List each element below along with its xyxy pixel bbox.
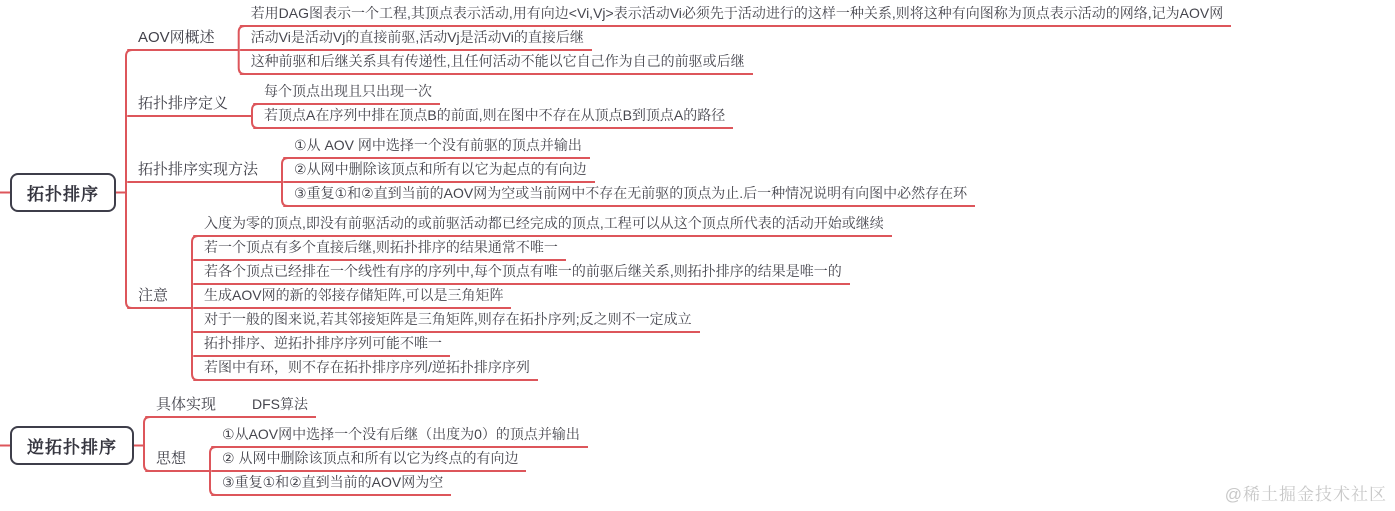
mindmap-leaf-node[interactable]: ③重复①和②直到当前的AOV网为空或当前网中不存在无前驱的顶点为止.后一种情况说… [292,184,975,207]
mindmap-node: ② 从网中删除该顶点和所有以它为终点的有向边 [220,449,588,472]
mindmap-branch-node[interactable]: 思想 [154,449,192,472]
mindmap-node: 注意入度为零的顶点,即没有前驱活动的或前驱活动都已经完成的顶点,工程可以从这个顶… [136,214,1231,381]
mindmap-branch-node[interactable]: AOV网概述 [136,28,221,51]
mindmap-leaf-node[interactable]: 若顶点A在序列中排在顶点B的前面,则在图中不存在从顶点B到顶点A的路径 [262,106,733,129]
mindmap-branch-node[interactable]: 具体实现 [154,395,222,418]
mindmap-node: 活动Vi是活动Vj的直接前驱,活动Vj是活动Vi的直接后继 [249,28,1232,51]
mindmap-leaf-node[interactable]: 若一个顶点有多个直接后继,则拓扑排序的结果通常不唯一 [202,238,566,261]
mindmap-leaf-node[interactable]: 若各个顶点已经排在一个线性有序的序列中,每个顶点有唯一的前驱后继关系,则拓扑排序… [202,262,850,285]
mindmap-children-group: DFS算法 [250,395,316,418]
mindmap-node: 思想①从AOV网中选择一个没有后继（出度为0）的顶点并输出② 从网中删除该顶点和… [154,425,588,496]
mindmap-node: 这种前驱和后继关系具有传递性,且任何活动不能以它自己作为自己的前驱或后继 [249,52,1232,75]
mindmap-children-group: ①从AOV网中选择一个没有后继（出度为0）的顶点并输出② 从网中删除该顶点和所有… [220,425,588,496]
mindmap-node: ③重复①和②直到当前的AOV网为空或当前网中不存在无前驱的顶点为止.后一种情况说… [292,184,975,207]
mindmap-node: 若图中有环，则不存在拓扑排序序列/逆拓扑排序序列 [202,358,892,381]
mindmap-node: AOV网概述若用DAG图表示一个工程,其顶点表示活动,用有向边<Vi,Vj>表示… [136,4,1231,75]
mindmap-branch-node[interactable]: 拓扑排序实现方法 [136,160,264,183]
mindmap-node: 若一个顶点有多个直接后继,则拓扑排序的结果通常不唯一 [202,238,892,261]
mindmap-root-node[interactable]: 拓扑排序 [10,173,116,212]
mindmap-leaf-node[interactable]: 若图中有环，则不存在拓扑排序序列/逆拓扑排序序列 [202,358,538,381]
mindmap-leaf-node[interactable]: 对于一般的图来说,若其邻接矩阵是三角矩阵,则存在拓扑序列;反之则不一定成立 [202,310,700,333]
mindmap-node: 入度为零的顶点,即没有前驱活动的或前驱活动都已经完成的顶点,工程可以从这个顶点所… [202,214,892,237]
mindmap-leaf-node[interactable]: ③重复①和②直到当前的AOV网为空 [220,473,451,496]
mindmap-leaf-node[interactable]: 生成AOV网的新的邻接存储矩阵,可以是三角矩阵 [202,286,511,309]
mindmap-canvas: 拓扑排序AOV网概述若用DAG图表示一个工程,其顶点表示活动,用有向边<Vi,V… [0,0,1395,511]
mindmap-children-group: 具体实现DFS算法思想①从AOV网中选择一个没有后继（出度为0）的顶点并输出② … [154,395,588,496]
mindmap-node: 若用DAG图表示一个工程,其顶点表示活动,用有向边<Vi,Vj>表示活动Vi必须… [249,4,1232,27]
mindmap-node: 若各个顶点已经排在一个线性有序的序列中,每个顶点有唯一的前驱后继关系,则拓扑排序… [202,262,892,285]
mindmap-leaf-node[interactable]: 这种前驱和后继关系具有传递性,且任何活动不能以它自己作为自己的前驱或后继 [249,52,753,75]
mindmap-node: ③重复①和②直到当前的AOV网为空 [220,473,588,496]
mindmap-branch-node[interactable]: 拓扑排序定义 [136,94,234,117]
watermark-text: @稀土掘金技术社区 [1225,480,1387,505]
mindmap-children-group: ①从 AOV 网中选择一个没有前驱的顶点并输出②从网中删除该顶点和所有以它为起点… [292,136,975,207]
mindmap-leaf-node[interactable]: 入度为零的顶点,即没有前驱活动的或前驱活动都已经完成的顶点,工程可以从这个顶点所… [202,214,892,237]
mindmap-root-branch: 拓扑排序AOV网概述若用DAG图表示一个工程,其顶点表示活动,用有向边<Vi,V… [10,4,1395,381]
mindmap-leaf-node[interactable]: 每个顶点出现且只出现一次 [262,82,440,105]
mindmap-node: ①从 AOV 网中选择一个没有前驱的顶点并输出 [292,136,975,159]
mindmap-leaf-node[interactable]: 若用DAG图表示一个工程,其顶点表示活动,用有向边<Vi,Vj>表示活动Vi必须… [249,4,1232,27]
mindmap-leaf-node[interactable]: ①从AOV网中选择一个没有后继（出度为0）的顶点并输出 [220,425,588,448]
mindmap-node: 具体实现DFS算法 [154,395,588,418]
mindmap-children-group: 若用DAG图表示一个工程,其顶点表示活动,用有向边<Vi,Vj>表示活动Vi必须… [249,4,1232,75]
mindmap-root-branch: 逆拓扑排序具体实现DFS算法思想①从AOV网中选择一个没有后继（出度为0）的顶点… [10,395,1395,496]
mindmap-branch-node[interactable]: 注意 [136,286,174,309]
mindmap-leaf-node[interactable]: ② 从网中删除该顶点和所有以它为终点的有向边 [220,449,526,472]
mindmap-leaf-node[interactable]: 活动Vi是活动Vj的直接前驱,活动Vj是活动Vi的直接后继 [249,28,592,51]
mindmap-tree: 拓扑排序AOV网概述若用DAG图表示一个工程,其顶点表示活动,用有向边<Vi,V… [0,0,1395,496]
mindmap-node: 若顶点A在序列中排在顶点B的前面,则在图中不存在从顶点B到顶点A的路径 [262,106,733,129]
mindmap-node: ①从AOV网中选择一个没有后继（出度为0）的顶点并输出 [220,425,588,448]
mindmap-node: 每个顶点出现且只出现一次 [262,82,733,105]
mindmap-children-group: 每个顶点出现且只出现一次若顶点A在序列中排在顶点B的前面,则在图中不存在从顶点B… [262,82,733,129]
mindmap-leaf-node[interactable]: 拓扑排序、逆拓扑排序序列可能不唯一 [202,334,450,357]
mindmap-node: ②从网中删除该顶点和所有以它为起点的有向边 [292,160,975,183]
mindmap-node: 生成AOV网的新的邻接存储矩阵,可以是三角矩阵 [202,286,892,309]
mindmap-node: 对于一般的图来说,若其邻接矩阵是三角矩阵,则存在拓扑序列;反之则不一定成立 [202,310,892,333]
mindmap-node: DFS算法 [250,395,316,418]
mindmap-node: 拓扑排序定义每个顶点出现且只出现一次若顶点A在序列中排在顶点B的前面,则在图中不… [136,82,1231,129]
mindmap-leaf-node[interactable]: ②从网中删除该顶点和所有以它为起点的有向边 [292,160,595,183]
mindmap-children-group: AOV网概述若用DAG图表示一个工程,其顶点表示活动,用有向边<Vi,Vj>表示… [136,4,1231,381]
mindmap-leaf-node[interactable]: ①从 AOV 网中选择一个没有前驱的顶点并输出 [292,136,590,159]
mindmap-node: 拓扑排序实现方法①从 AOV 网中选择一个没有前驱的顶点并输出②从网中删除该顶点… [136,136,1231,207]
mindmap-root-node[interactable]: 逆拓扑排序 [10,426,134,465]
mindmap-node: 拓扑排序、逆拓扑排序序列可能不唯一 [202,334,892,357]
mindmap-leaf-node[interactable]: DFS算法 [250,395,316,418]
mindmap-children-group: 入度为零的顶点,即没有前驱活动的或前驱活动都已经完成的顶点,工程可以从这个顶点所… [202,214,892,381]
